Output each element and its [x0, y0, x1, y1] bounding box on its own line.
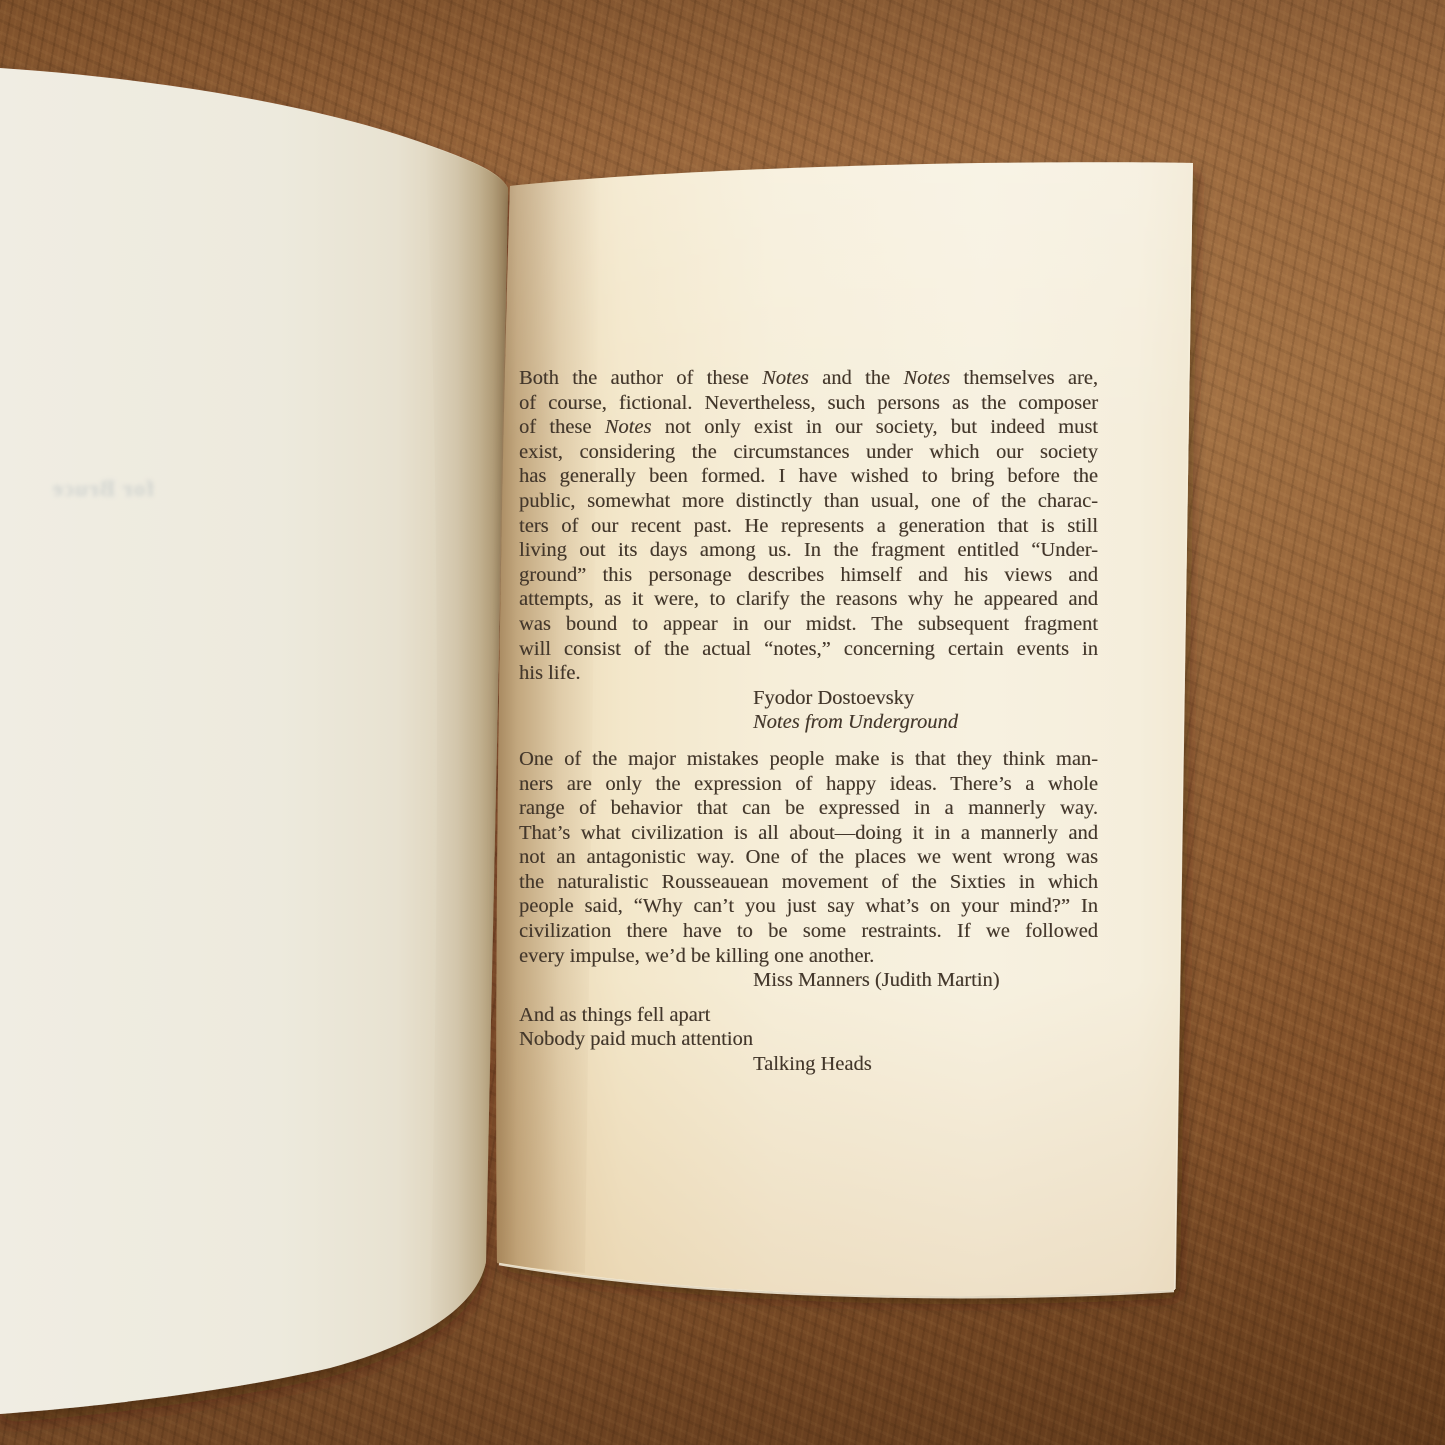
- epigraph-paragraph: One of the major mistakes people make is…: [519, 747, 1098, 993]
- text-line: ground” this personage describes himself…: [519, 563, 1098, 588]
- ghost-showthrough-text: for Bruce: [24, 476, 154, 502]
- text-line: ters of our recent past. He represents a…: [519, 514, 1098, 539]
- attribution-line: Notes from Underground: [753, 710, 1098, 735]
- text-line: public, somewhat more distinctly than us…: [519, 489, 1098, 514]
- text-line: living out its days among us. In the fra…: [519, 538, 1098, 563]
- text-line: his life.: [519, 661, 1098, 686]
- left-page-gutter-roll-shading: [425, 145, 508, 1328]
- epigraph-text-column: Both the author of these Notes and the N…: [519, 366, 1098, 1077]
- text-line: exist, considering the circumstances und…: [519, 440, 1098, 465]
- text-line: civilization there have to be some restr…: [519, 919, 1098, 944]
- text-line: attempts, as it were, to clarify the rea…: [519, 587, 1098, 612]
- text-line: every impulse, we’d be killing one anoth…: [519, 944, 1098, 969]
- left-page: [0, 68, 508, 1414]
- text-line: ners are only the expression of happy id…: [519, 772, 1098, 797]
- attribution-line: Fyodor Dostoevsky: [753, 686, 1098, 711]
- text-line: was bound to appear in our midst. The su…: [519, 612, 1098, 637]
- epigraph-paragraph: And as things fell apartNobody paid much…: [519, 1003, 1098, 1077]
- text-line: the naturalistic Rousseauean movement of…: [519, 870, 1098, 895]
- text-line: Both the author of these Notes and the N…: [519, 366, 1098, 391]
- text-line: And as things fell apart: [519, 1003, 1098, 1028]
- text-line: of these Notes not only exist in our soc…: [519, 415, 1098, 440]
- photo-open-book-on-table: for Bruce Both the author of these Notes…: [0, 0, 1445, 1445]
- text-line: has generally been formed. I have wished…: [519, 464, 1098, 489]
- attribution-line: Miss Manners (Judith Martin): [753, 968, 1098, 993]
- text-line: not an antagonistic way. One of the plac…: [519, 845, 1098, 870]
- epigraph-paragraph: Both the author of these Notes and the N…: [519, 366, 1098, 735]
- text-line: One of the major mistakes people make is…: [519, 747, 1098, 772]
- text-line: people said, “Why can’t you just say wha…: [519, 894, 1098, 919]
- text-line: of course, fictional. Nevertheless, such…: [519, 391, 1098, 416]
- text-line: Nobody paid much attention: [519, 1027, 1098, 1052]
- text-line: That’s what civilization is all about—do…: [519, 821, 1098, 846]
- text-line: range of behavior that can be expressed …: [519, 796, 1098, 821]
- attribution-line: Talking Heads: [753, 1052, 1098, 1077]
- text-line: will consist of the actual “notes,” conc…: [519, 637, 1098, 662]
